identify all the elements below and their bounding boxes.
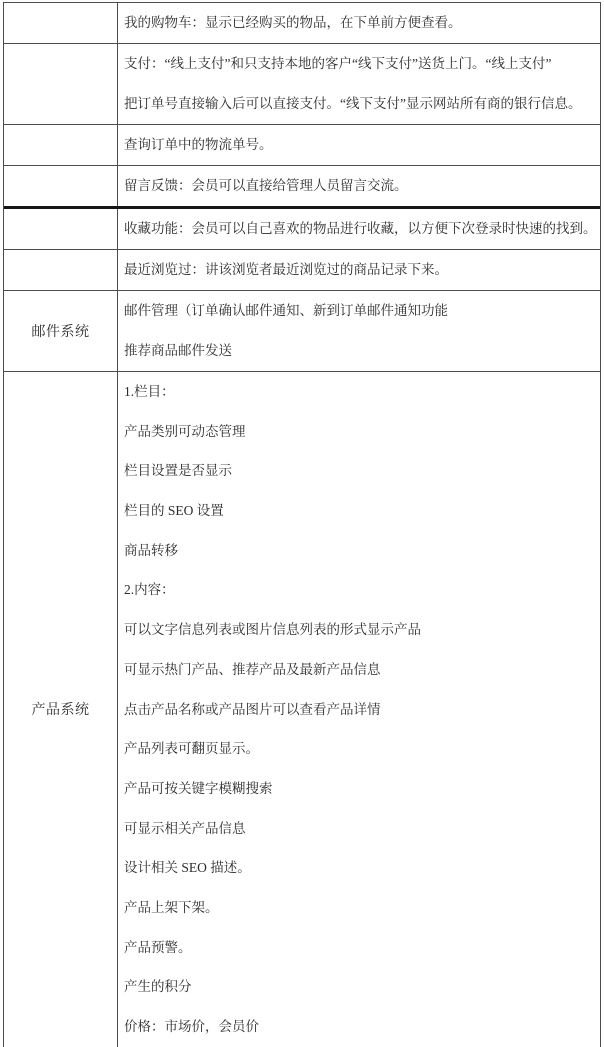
row-content-cell: 邮件管理（订单确认邮件通知、新到订单邮件通知功能 推荐商品邮件发送 — [118, 291, 600, 371]
content-line: 设计相关 SEO 描述。 — [124, 848, 598, 888]
content-line: 收藏功能：会员可以自己喜欢的物品进行收藏，以方便下次登录时快速的找到。 — [124, 209, 598, 249]
content-line: 产品列表可翻页显示。 — [124, 729, 598, 769]
content-line: 价格：市场价，会员价 — [124, 1007, 598, 1047]
content-line: 推荐商品邮件发送 — [124, 331, 598, 371]
content-line: 我的购物车：显示已经购买的物品，在下单前方便查看。 — [124, 3, 598, 43]
row-label-cell — [4, 44, 118, 124]
table-row-product-system: 产品系统 1.栏目： 产品类别可动态管理 栏目设置是否显示 栏目的 SEO 设置… — [4, 371, 600, 1047]
content-line: 栏目设置是否显示 — [124, 451, 598, 491]
row-label-cell — [4, 3, 118, 43]
row-label: 产品系统 — [32, 699, 90, 719]
row-label-cell: 产品系统 — [4, 372, 118, 1047]
row-content-cell: 查询订单中的物流单号。 — [118, 125, 600, 165]
content-line: 产生的积分 — [124, 967, 598, 1007]
table-row: 留言反馈：会员可以直接给管理人员留言交流。 — [4, 165, 600, 206]
content-line: 产品可按关键字模糊搜索 — [124, 769, 598, 809]
row-label-cell — [4, 166, 118, 206]
content-line: 查询订单中的物流单号。 — [124, 125, 598, 165]
table-row: 查询订单中的物流单号。 — [4, 124, 600, 165]
feature-spec-table: 我的购物车：显示已经购买的物品，在下单前方便查看。 支付：“线上支付”和只支持本… — [3, 2, 601, 1047]
content-line: 产品预警。 — [124, 928, 598, 968]
content-line: 邮件管理（订单确认邮件通知、新到订单邮件通知功能 — [124, 291, 598, 331]
table-row: 收藏功能：会员可以自己喜欢的物品进行收藏，以方便下次登录时快速的找到。 — [4, 206, 600, 249]
content-line: 栏目的 SEO 设置 — [124, 491, 598, 531]
table-row: 我的购物车：显示已经购买的物品，在下单前方便查看。 — [4, 3, 600, 43]
row-label-cell — [4, 209, 118, 249]
row-content-cell: 留言反馈：会员可以直接给管理人员留言交流。 — [118, 166, 600, 206]
content-line: 1.栏目： — [124, 372, 598, 412]
row-label: 邮件系统 — [32, 321, 90, 341]
content-line: 把订单号直接输入后可以直接支付。“线下支付”显示网站所有商的银行信息。 — [124, 84, 598, 124]
content-line: 点击产品名称或产品图片可以查看产品详情 — [124, 690, 598, 730]
table-row: 支付：“线上支付”和只支持本地的客户“线下支付”送货上门。“线上支付” 把订单号… — [4, 43, 600, 124]
table-row: 最近浏览过：讲该浏览者最近浏览过的商品记录下来。 — [4, 249, 600, 290]
content-line: 可显示热门产品、推荐产品及最新产品信息 — [124, 650, 598, 690]
content-line: 支付：“线上支付”和只支持本地的客户“线下支付”送货上门。“线上支付” — [124, 44, 598, 84]
content-line: 2.内容： — [124, 570, 598, 610]
content-line: 最近浏览过：讲该浏览者最近浏览过的商品记录下来。 — [124, 250, 598, 290]
content-line: 产品上架下架。 — [124, 888, 598, 928]
content-line: 留言反馈：会员可以直接给管理人员留言交流。 — [124, 166, 598, 206]
row-label-cell — [4, 125, 118, 165]
row-content-cell: 最近浏览过：讲该浏览者最近浏览过的商品记录下来。 — [118, 250, 600, 290]
row-content-cell: 我的购物车：显示已经购买的物品，在下单前方便查看。 — [118, 3, 600, 43]
row-content-cell: 1.栏目： 产品类别可动态管理 栏目设置是否显示 栏目的 SEO 设置 商品转移… — [118, 372, 600, 1047]
table-row-mail-system: 邮件系统 邮件管理（订单确认邮件通知、新到订单邮件通知功能 推荐商品邮件发送 — [4, 290, 600, 371]
content-line: 可显示相关产品信息 — [124, 809, 598, 849]
content-line: 产品类别可动态管理 — [124, 412, 598, 452]
content-line: 商品转移 — [124, 531, 598, 571]
row-content-cell: 支付：“线上支付”和只支持本地的客户“线下支付”送货上门。“线上支付” 把订单号… — [118, 44, 600, 124]
row-content-cell: 收藏功能：会员可以自己喜欢的物品进行收藏，以方便下次登录时快速的找到。 — [118, 209, 600, 249]
row-label-cell: 邮件系统 — [4, 291, 118, 371]
row-label-cell — [4, 250, 118, 290]
content-line: 可以文字信息列表或图片信息列表的形式显示产品 — [124, 610, 598, 650]
